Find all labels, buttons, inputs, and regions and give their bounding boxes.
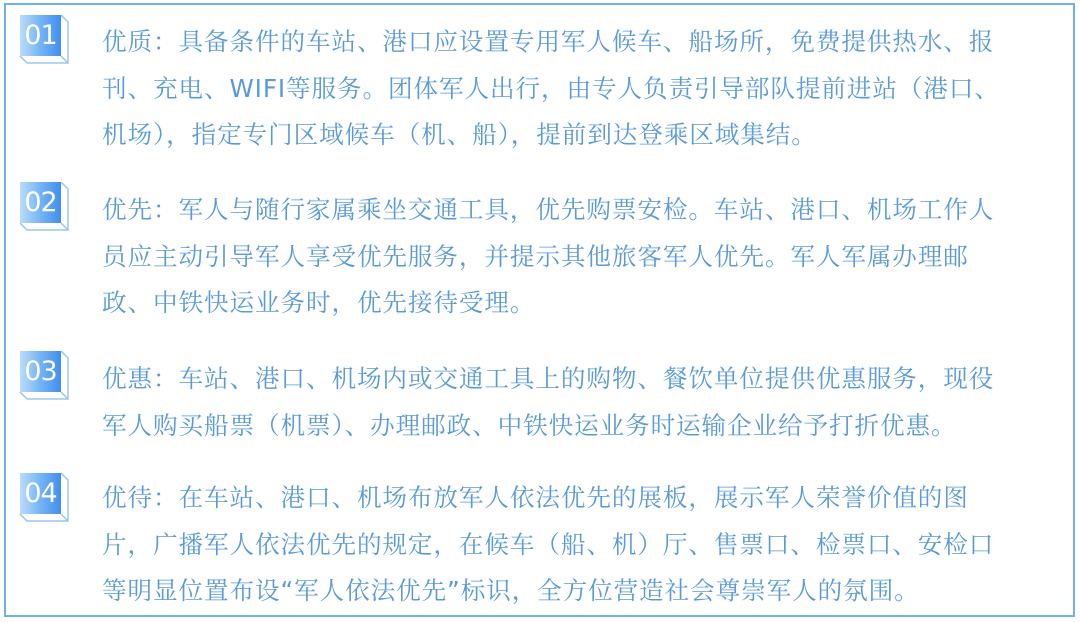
text-line: 优惠：车站、港口、机场内或交通工具上的购物、餐饮单位提供优惠服务，现役: [102, 364, 994, 393]
text-line: 政、中铁快运业务时，优先接待受理。: [102, 288, 535, 317]
text-line: 优先：军人与随行家属乘坐交通工具，优先购票安检。车站、港口、机场工作人: [102, 195, 994, 224]
item-paragraph: 优质：具备条件的车站、港口应设置专用军人候车、船场所，免费提供热水、报 刊、充电…: [102, 19, 1072, 159]
text-line: 刊、充电、WIFI等服务。团体军人出行，由专人负责引导部队提前进站（港口、: [102, 74, 1000, 103]
item-paragraph: 优待：在车站、港口、机场布放军人依法优先的展板，展示军人荣誉价值的图 片，广播军…: [102, 475, 1072, 615]
number-badge-02: 02: [20, 182, 68, 230]
badge-number: 04: [20, 473, 61, 514]
badge-number: 03: [20, 351, 61, 392]
text-line: 片，广播军人依法优先的规定，在候车（船、机）厅、售票口、检票口、安检口: [102, 530, 994, 559]
text-line: 等明显位置布设“军人依法优先”标识，全方位营造社会尊崇军人的氛围。: [102, 576, 920, 605]
content-frame: 01 优质：具备条件的车站、港口应设置专用军人候车、船场所，免费提供热水、报 刊…: [4, 3, 1075, 617]
text-line: 军人购买船票（机票）、办理邮政、中铁快运业务时运输企业给予打折优惠。: [102, 411, 957, 440]
text-line: 优待：在车站、港口、机场布放军人依法优先的展板，展示军人荣誉价值的图: [102, 483, 969, 512]
item-paragraph: 优惠：车站、港口、机场内或交通工具上的购物、餐饮单位提供优惠服务，现役 军人购买…: [102, 356, 1072, 449]
number-badge-01: 01: [20, 15, 68, 63]
text-line: 优质：具备条件的车站、港口应设置专用军人候车、船场所，免费提供热水、报: [102, 27, 994, 56]
badge-number: 02: [20, 182, 61, 223]
number-badge-03: 03: [20, 351, 68, 399]
text-line: 机场），指定专门区域候车（机、船），提前到达登乘区域集结。: [102, 120, 817, 149]
item-paragraph: 优先：军人与随行家属乘坐交通工具，优先购票安检。车站、港口、机场工作人 员应主动…: [102, 187, 1072, 327]
badge-number: 01: [20, 15, 61, 56]
number-badge-04: 04: [20, 473, 68, 521]
text-line: 员应主动引导军人享受优先服务，并提示其他旅客军人优先。军人军属办理邮: [102, 242, 969, 271]
